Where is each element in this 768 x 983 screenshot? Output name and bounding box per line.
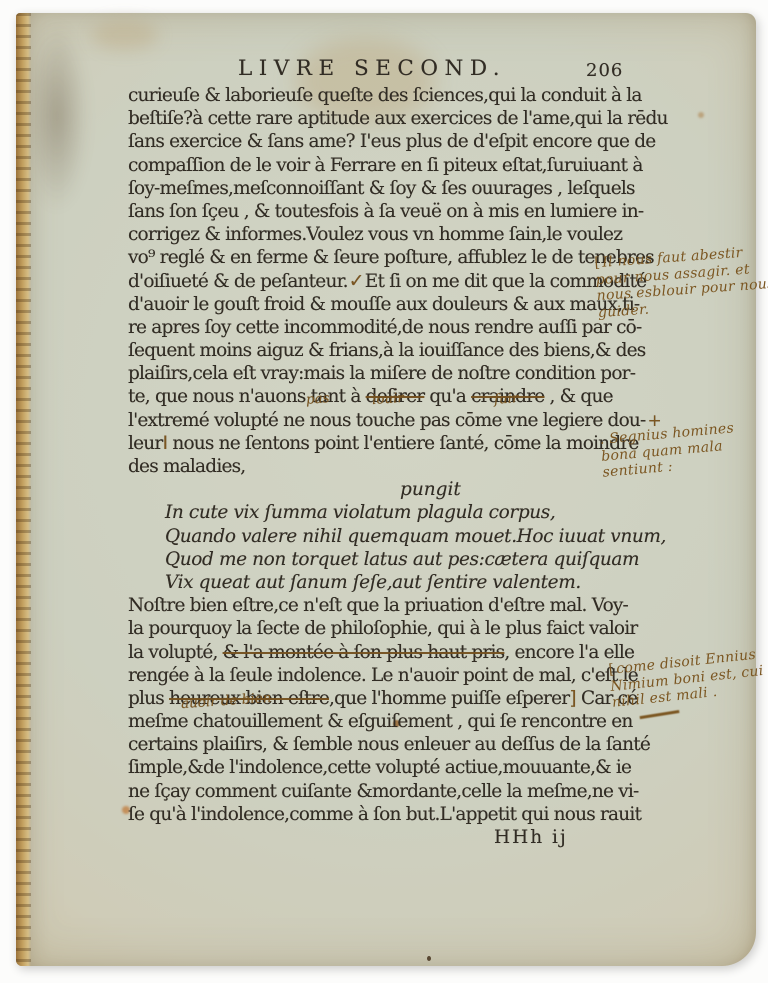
latin-verse-line: Vix queat aut ſanum ſeſe,aut ſentire val… bbox=[165, 571, 626, 594]
folio-number: 206 bbox=[586, 60, 623, 81]
print-segment: nous ne ſentons point l'entiere ſanté, c… bbox=[167, 433, 638, 454]
print-line: ſoy-meſmes,meſconnoiſſant & ſoy & ſes ou… bbox=[128, 177, 626, 200]
print-line: curieuſe & laborieuſe queſte des ſcience… bbox=[128, 84, 626, 107]
interlinear-insert-fuir: fuir bbox=[494, 388, 520, 413]
page-corner-shading bbox=[26, 21, 88, 211]
print-segment: , encore l'a elle bbox=[504, 642, 634, 663]
print-line-with-mark: l'extremé volupté ne nous touche pas cōm… bbox=[128, 409, 626, 432]
print-line: ſans ſon ſçeu , & toutesfois à ſa veuë o… bbox=[128, 200, 626, 223]
print-segment: te, que nous n'auons bbox=[128, 386, 306, 407]
running-title: LIVRE SECOND. bbox=[238, 56, 506, 81]
print-line-with-caret: d'oiſiueté & de peſanteur.✓Et ſi on me d… bbox=[128, 270, 626, 293]
print-segment: , & que bbox=[544, 386, 612, 407]
print-line-with-mark: leurI nous ne ſentons point l'entiere ſa… bbox=[128, 432, 626, 455]
note-link-mark: [ bbox=[608, 662, 615, 679]
interlinear-insert-iouir: iouir bbox=[371, 387, 404, 412]
print-line: ſequent moins aiguz & frians,à la iouiſſ… bbox=[128, 339, 626, 362]
print-line-corrected: te, que nous n'auonspas tant à deſirerio… bbox=[128, 385, 626, 408]
print-segment: la volupté, bbox=[128, 642, 223, 663]
print-line: d'auoir le gouſt froid & mouſſe aux doul… bbox=[128, 293, 626, 316]
print-line: ne ſçay comment cuiſante &mordante,celle… bbox=[128, 780, 626, 803]
print-line: ſimple,&de l'indolence,cette volupté act… bbox=[128, 756, 626, 779]
print-line: plaiſirs,cela eſt vray:mais la miſere de… bbox=[128, 362, 626, 385]
margin-note-abestir: [Il nous faut abestir pour nous assagir.… bbox=[594, 243, 768, 321]
print-line: certains plaiſirs, & ſemble nous enleuer… bbox=[128, 733, 626, 756]
print-line: rengée à la ſeule indolence. Le n'auoir … bbox=[128, 664, 626, 687]
insertion-bracket-mark: ] bbox=[569, 687, 576, 709]
print-line: des maladies, bbox=[128, 455, 626, 478]
verse-catchword: pungit bbox=[128, 478, 626, 501]
print-segment: l'extremé volupté ne nous touche pas cōm… bbox=[128, 410, 646, 431]
print-line: Noſtre bien eſtre,ce n'eſt que la priuat… bbox=[128, 594, 626, 617]
gathering-signature: HHh ij bbox=[128, 826, 626, 849]
print-segment: qu'a bbox=[424, 386, 471, 407]
print-line: re apres ſoy cette incommodité,de nous r… bbox=[128, 316, 626, 339]
struck-phrase-montee: & l'a montée à ſon plus haut pris bbox=[223, 642, 505, 663]
print-line: ſe qu'à l'indolence,comme à ſon but.L'ap… bbox=[128, 803, 626, 826]
latin-verse-line: In cute vix ſumma violatum plagula corpu… bbox=[165, 501, 626, 524]
insertion-caret-mark: ✓ bbox=[349, 270, 364, 292]
print-line: la pourquoy la ſecte de philoſophie, qui… bbox=[128, 617, 626, 640]
scanned-book-photo: LIVRE SECOND. 206 curieuſe & laborieuſe … bbox=[0, 0, 768, 983]
text-block: curieuſe & laborieuſe queſte des ſcience… bbox=[128, 84, 626, 849]
interlinear-insert-pas: pas bbox=[305, 388, 330, 413]
print-segment: d'oiſiueté & de peſanteur. bbox=[128, 271, 348, 292]
print-segment: leur bbox=[128, 433, 162, 454]
latin-verse-line: Quando valere nihil quemquam mouet.Hoc i… bbox=[165, 525, 626, 548]
print-segment: plus bbox=[128, 688, 169, 709]
print-segment: ,que l'homme puiſſe eſperer bbox=[329, 688, 569, 709]
print-line: vo⁹ reglé & en ferme & ſeure poſture, af… bbox=[128, 246, 626, 269]
print-line-corrected: la volupté, & l'a montée à ſon plus haut… bbox=[128, 641, 626, 664]
print-line: corrigez & informes.Voulez vous vn homme… bbox=[128, 223, 626, 246]
print-line: ſans exercice & ſans ame? I'eus plus de … bbox=[128, 130, 626, 153]
note-link-mark: [ bbox=[594, 255, 601, 271]
print-line: beſtiſe?à cette rare aptitude aux exerci… bbox=[128, 107, 626, 130]
latin-verse-line: Quod me non torquet latus aut pes:cætera… bbox=[165, 548, 626, 571]
print-line-corrected: plus heureux bien eſtreauoir de bien,que… bbox=[128, 687, 626, 710]
print-line: compaſſion de le voir à Ferrare en ſi pi… bbox=[128, 154, 626, 177]
